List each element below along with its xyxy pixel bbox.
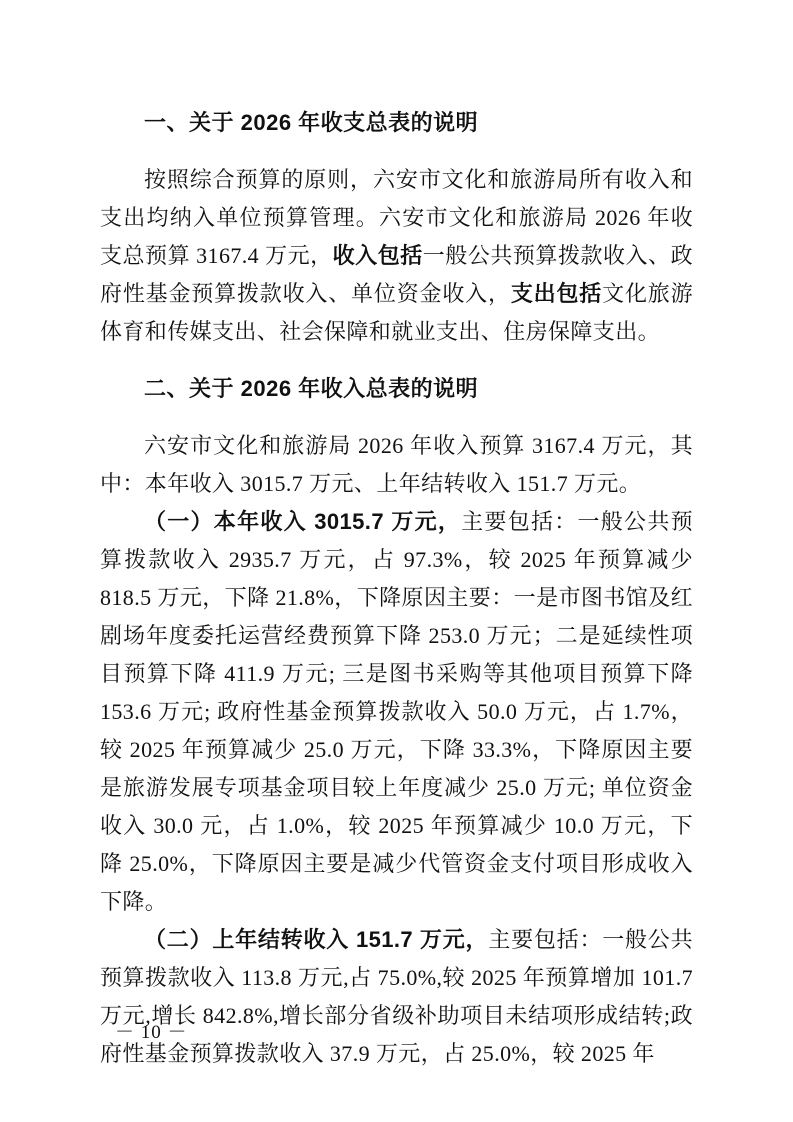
paragraph-carryover-income: （二）上年结转收入 151.7 万元，主要包括：一般公共预算拨款收入 113.8… [100,921,693,1073]
page-number: － 10 － [115,1020,188,1046]
section-1-heading: 一、关于 2026 年收支总表的说明 [100,104,693,142]
current-year-income-lead-bold: （一）本年收入 3015.7 万元， [144,509,461,534]
overview-income-includes-bold: 收入包括 [333,243,423,268]
income-total-text: 六安市文化和旅游局 2026 年收入预算 3167.4 万元，其中：本年收入 3… [100,433,693,496]
document-page: 一、关于 2026 年收支总表的说明 按照综合预算的原则，六安市文化和旅游局所有… [0,0,793,1122]
paragraph-current-year-income: （一）本年收入 3015.7 万元，主要包括：一般公共预算拨款收入 2935.7… [100,503,693,921]
overview-expense-includes-bold: 支出包括 [511,281,602,306]
carryover-income-lead-bold: （二）上年结转收入 151.7 万元， [144,927,488,952]
document-content: 一、关于 2026 年收支总表的说明 按照综合预算的原则，六安市文化和旅游局所有… [100,104,693,1073]
section-2-heading: 二、关于 2026 年收入总表的说明 [100,370,693,408]
paragraph-income-total: 六安市文化和旅游局 2026 年收入预算 3167.4 万元，其中：本年收入 3… [100,427,693,503]
paragraph-budget-overview: 按照综合预算的原则，六安市文化和旅游局所有收入和支出均纳入单位预算管理。六安市文… [100,161,693,351]
current-year-income-body: 主要包括：一般公共预算拨款收入 2935.7 万元，占 97.3%，较 2025… [100,509,693,914]
